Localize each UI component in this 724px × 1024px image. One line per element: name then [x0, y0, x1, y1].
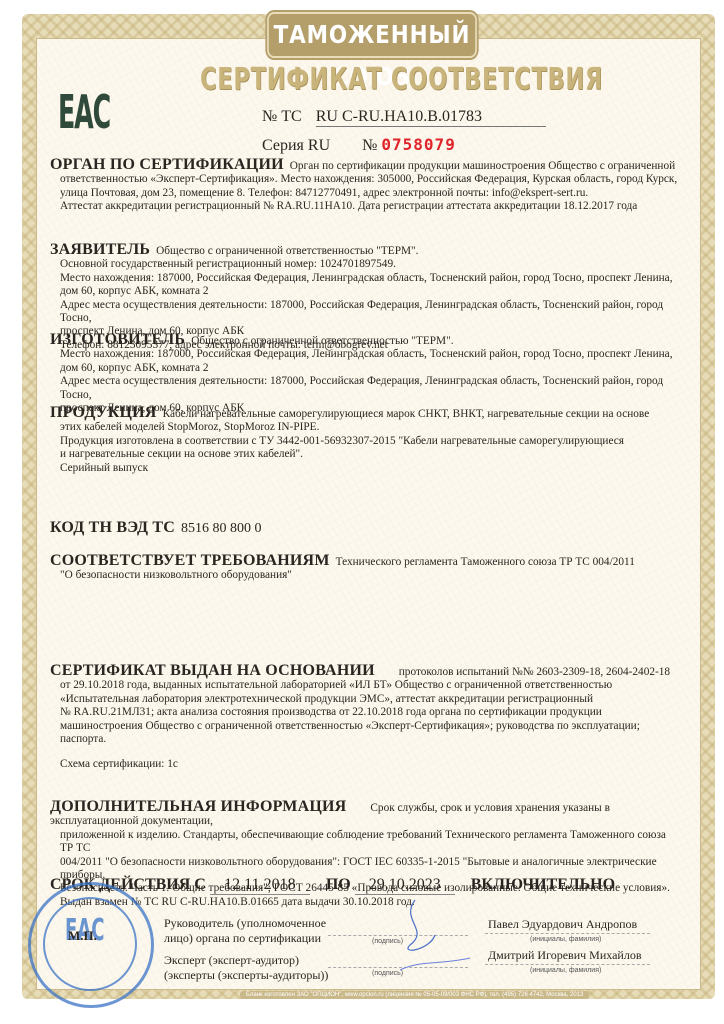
section-basis: СЕРТИФИКАТ ВЫДАН НА ОСНОВАНИИпротоколов … [50, 664, 680, 772]
registration-number: № ТСRU C-RU.HA10.B.01783 [262, 108, 546, 127]
section-heading: ИЗГОТОВИТЕЛЬ [50, 331, 185, 348]
head-name: Павел Эдуардович Андропов [488, 917, 637, 932]
section-heading: ОРГАН ПО СЕРТИФИКАЦИИ [50, 156, 284, 173]
series-line: Серия RU № 0758079 [262, 135, 456, 155]
certificate-title: СЕРТИФИКАТ СООТВЕТСТВИЯ [200, 62, 455, 97]
valid-from-date: 12.11.2018 [210, 876, 310, 895]
customs-union-banner: ТАМОЖЕННЫЙ СОЮЗ [267, 12, 477, 58]
section-heading: ПРОДУКЦИЯ [50, 404, 157, 421]
section-conformity: СООТВЕТСТВУЕТ ТРЕБОВАНИЯМТехнического ре… [50, 554, 680, 583]
reg-number-value: RU C-RU.HA10.B.01783 [316, 108, 546, 127]
eac-logo: ЕАС [58, 85, 110, 139]
head-label: Руководитель (уполномоченное лицо) орган… [164, 916, 326, 946]
hs-code-value: 8516 80 800 0 [181, 521, 262, 536]
validity-period: СРОК ДЕЙСТВИЯ С 12.11.2018 ПО 29.10.2023… [50, 876, 615, 895]
section-heading: КОД ТН ВЭД ТС [50, 519, 175, 536]
section-heading: СООТВЕТСТВУЕТ ТРЕБОВАНИЯМ [50, 552, 330, 569]
section-heading: ЗАЯВИТЕЛЬ [50, 241, 150, 258]
stamp-mark: М.П. [68, 928, 97, 944]
section-hs-code: КОД ТН ВЭД ТС8516 80 800 0 [50, 521, 680, 536]
expert-name: Дмитрий Игоревич Михайлов [488, 948, 642, 963]
section-heading: СЕРТИФИКАТ ВЫДАН НА ОСНОВАНИИ [50, 662, 375, 679]
section-heading: ДОПОЛНИТЕЛЬНАЯ ИНФОРМАЦИЯ [50, 798, 346, 815]
blank-number: 0758079 [381, 135, 455, 154]
section-certification-body: ОРГАН ПО СЕРТИФИКАЦИИОрган по сертификац… [50, 158, 680, 214]
expert-label: Эксперт (эксперт-аудитор) (эксперты (экс… [164, 953, 328, 983]
section-product: ПРОДУКЦИЯКабели нагревательные саморегул… [50, 406, 680, 475]
blank-producer-footer: Бланк изготовлен ЗАО "ОПЦИОН", www.opcio… [240, 991, 589, 999]
signature-icon [380, 890, 480, 980]
official-stamp: ЕАС [28, 882, 154, 1008]
certification-scheme: Схема сертификации: 1с [50, 758, 680, 771]
